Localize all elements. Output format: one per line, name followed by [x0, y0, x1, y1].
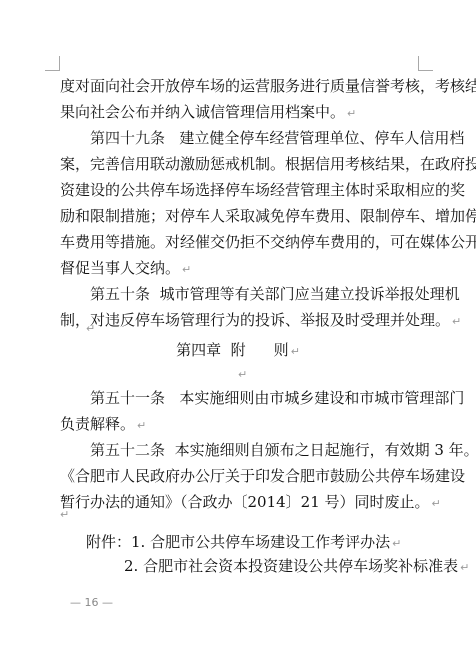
page-number: — 16 —: [70, 596, 113, 609]
text-line: 度对面向社会开放停车场的运营服务进行质量信誉考核，考核结: [60, 76, 422, 96]
article-49-line: 第四十九条 建立健全停车经营管理单位、停车人信用档: [90, 128, 422, 148]
paragraph-mark: ↵: [137, 419, 146, 432]
article-number: 第四十九条: [90, 129, 165, 147]
paragraph-mark: ↵: [452, 315, 461, 328]
paragraph-mark: ↵: [392, 537, 401, 550]
paragraph-mark: ↵: [432, 497, 441, 510]
attachments-label: 附件：: [86, 533, 131, 551]
text-line: 果向社会公布并纳入诚信管理信用档案中。↵: [60, 102, 422, 124]
article-50-line: 第五十条 城市管理等有关部门应当建立投诉举报处理机: [90, 284, 422, 304]
article-number: 第五十二条: [90, 441, 165, 459]
article-51-line: 第五十一条 本实施细则由市城乡建设和市城市管理部门: [90, 388, 422, 408]
paragraph-mark: ↵: [347, 107, 356, 120]
paragraph-mark: ↵: [460, 561, 469, 574]
article-52-line: 第五十二条 本实施细则自颁布之日起施行，有效期 3 年。: [90, 440, 422, 460]
crop-mark-top-right: [418, 56, 433, 71]
article-number: 第五十条: [90, 285, 150, 303]
text-line: 励和限制措施；对停车人采取减免停车费用、限制停车、增加停: [60, 206, 422, 226]
paragraph-mark: ↵: [182, 263, 191, 276]
paragraph-mark: ↵: [60, 508, 69, 521]
attachment-2: 2. 合肥市社会资本投资建设公共停车场奖补标准表↵: [124, 556, 474, 578]
text-line: 暂行办法的通知》（合政办〔2014〕21 号）同时废止。↵: [60, 492, 422, 514]
article-number: 第五十一条: [90, 389, 165, 407]
crop-mark-top-left: [45, 56, 60, 71]
chapter-heading: 第四章 附则↵: [0, 340, 476, 362]
text-line: 负责解释。↵: [60, 414, 422, 436]
attachment-1: 附件：1. 合肥市公共停车场建设工作考评办法↵: [86, 532, 426, 554]
paragraph-mark: ↵: [238, 368, 247, 381]
text-line: 车费用等措施。对经催交仍拒不交纳停车费用的，可在媒体公开，: [60, 232, 422, 252]
text-line: 制，对违反停车场管理行为的投诉、举报及时受理并处理。↵: [60, 310, 422, 332]
paragraph-mark: ↵: [86, 322, 95, 335]
text-line: 督促当事人交纳。↵: [60, 258, 422, 280]
text-line: 案，完善信用联动激励惩戒机制。根据信用考核结果，在政府投: [60, 154, 422, 174]
paragraph-mark: ↵: [291, 345, 300, 358]
text-line: 《合肥市人民政府办公厅关于印发合肥市鼓励公共停车场建设: [60, 466, 422, 486]
text-line: 资建设的公共停车场选择停车场经营管理主体时采取相应的奖: [60, 180, 422, 200]
